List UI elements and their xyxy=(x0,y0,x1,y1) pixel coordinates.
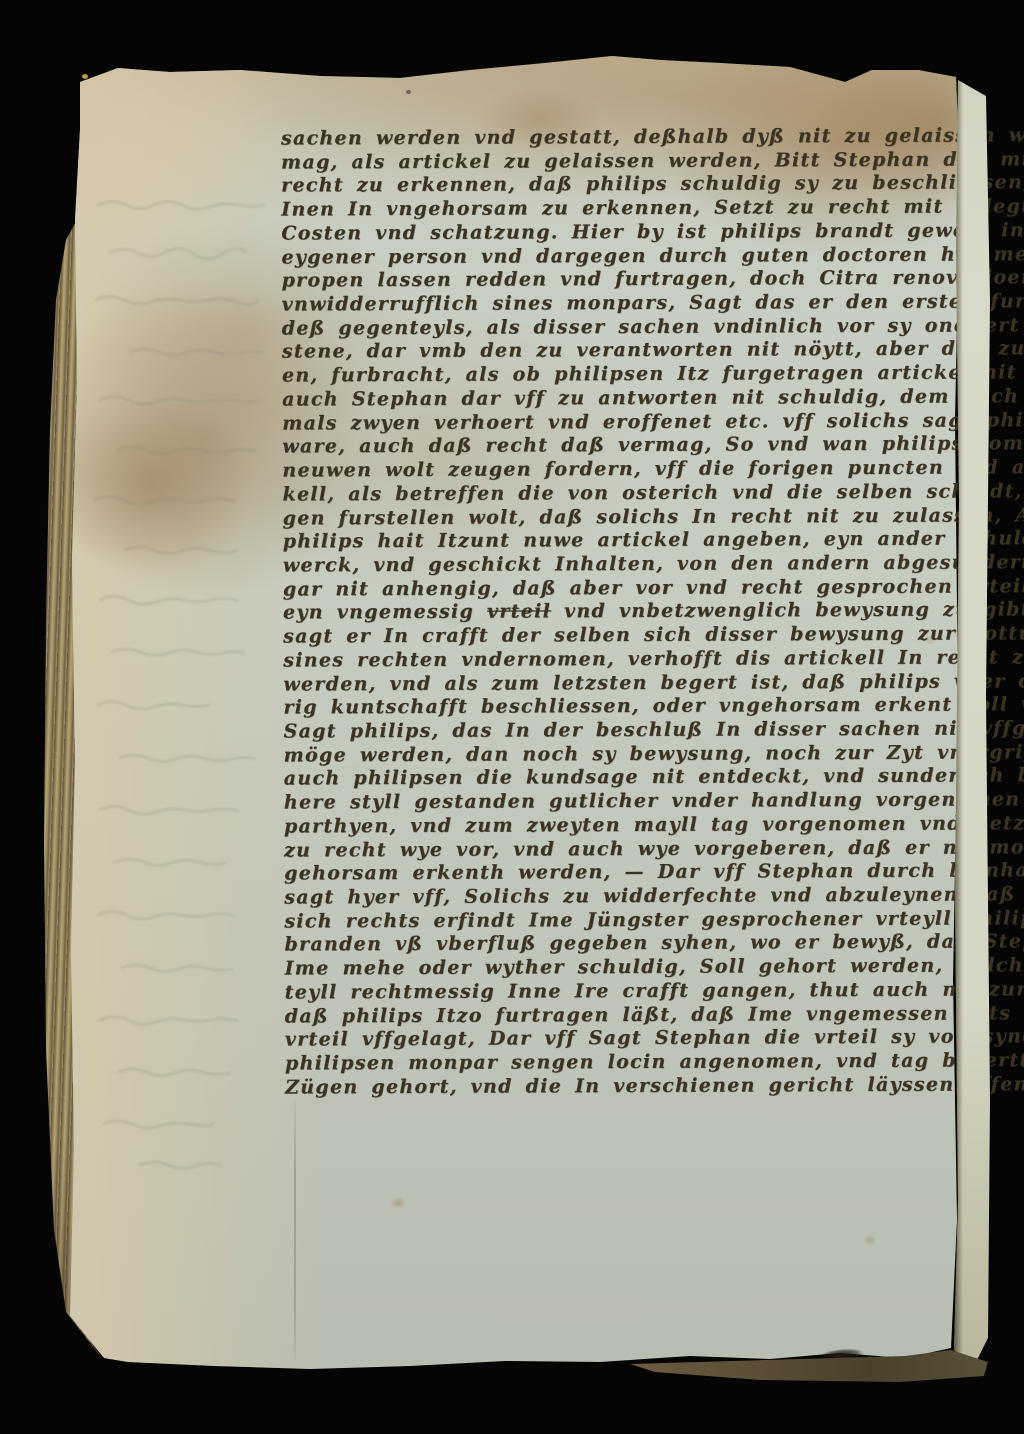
manuscript-line: sachen werden vnd gestatt, deßhalb dyß n… xyxy=(281,125,959,152)
manuscript-line: philips hait Itzunt nuwe artickel angebe… xyxy=(283,528,961,555)
manuscript-line: gen furstellen wolt, daß solichs In rech… xyxy=(283,504,961,531)
manuscript-line: gar nit anhengig, daß aber vor vnd recht… xyxy=(283,575,961,602)
manuscript-line: gehorsam erkenth werden, — Dar vff Steph… xyxy=(284,860,962,887)
manuscript-line: ware, auch daß recht daß vermag, So vnd … xyxy=(282,433,960,460)
manuscript-line: parthyen, vnd zum zweyten mayll tag vorg… xyxy=(284,812,962,839)
manuscript-line: mag, als artickel zu gelaissen werden, B… xyxy=(281,148,959,175)
manuscript-line: deß gegenteyls, als disser sachen vndinl… xyxy=(282,314,960,341)
corner-speck xyxy=(82,74,88,79)
manuscript-line: en, furbracht, als ob philipsen Itz furg… xyxy=(282,362,960,389)
manuscript-line: möge werden, dan noch sy bewysung, noch … xyxy=(284,741,962,768)
manuscript-line: daß philips Itzo furtragen läßt, daß Ime… xyxy=(285,1002,963,1029)
manuscript-line: sagt hyer vff, Solichs zu widderfechte v… xyxy=(284,884,962,911)
manuscript-line: werck, vnd geschickt Inhalten, von den a… xyxy=(283,551,961,578)
manuscript-line: Ime mehe oder wyther schuldig, Soll geho… xyxy=(285,955,963,982)
manuscript-line: here styll gestanden gutlicher vnder han… xyxy=(284,789,962,816)
manuscript-line: vrteil vffgelagt, Dar vff Sagt Stephan d… xyxy=(285,1026,963,1053)
manuscript-line: Costen vnd schatzung. Hier by ist philip… xyxy=(281,219,959,246)
manuscript-line: stene, dar vmb den zu verantworten nit n… xyxy=(282,338,960,365)
paper-crease xyxy=(294,1098,296,1360)
edge-speck xyxy=(406,90,411,94)
manuscript-line: sich rechts erfindt Ime Jüngster gesproc… xyxy=(284,907,962,934)
manuscript-line: sagt er In crafft der selben sich disser… xyxy=(283,623,961,650)
manuscript-line: Sagt philips, das In der beschluß In dis… xyxy=(283,717,961,744)
manuscript-line: neuwen wolt zeugen fordern, vff die fori… xyxy=(282,457,960,484)
manuscript-line: Inen In vngehorsam zu erkennen, Setzt zu… xyxy=(281,196,959,223)
manuscript-line: vnwidderrufflich sines monpars, Sagt das… xyxy=(282,291,960,318)
manuscript-line: werden, vnd als zum letzsten begert ist,… xyxy=(283,670,961,697)
manuscript-line: auch philipsen die kundsage nit entdeckt… xyxy=(284,765,962,792)
text-block: sachen werden vnd gestatt, deßhalb dyß n… xyxy=(281,125,963,1100)
manuscript-line: propen lassen redden vnd furtragen, doch… xyxy=(282,267,960,294)
manuscript-line: rig kuntschafft beschliessen, oder vngeh… xyxy=(283,694,961,721)
manuscript-line: branden vß vberfluß gegeben syhen, wo er… xyxy=(284,931,962,958)
manuscript-line: philipsen monpar sengen locin angenomen,… xyxy=(285,1050,963,1077)
manuscript-line: eyn vngemessig vrteil vnd vnbetzwenglich… xyxy=(283,599,961,626)
manuscript-line: zu recht wye vor, vnd auch wye vorgebere… xyxy=(284,836,962,863)
manuscript-line: recht zu erkennen, daß philips schuldig … xyxy=(281,172,959,199)
manuscript-line: Zügen gehort, vnd die In verschienen ger… xyxy=(285,1073,963,1100)
manuscript-line: mals zwyen verhoert vnd eroffenet etc. v… xyxy=(282,409,960,436)
manuscript-line: sines rechten vndernomen, verhofft dis a… xyxy=(283,646,961,673)
photo-stage: sachen werden vnd gestatt, deßhalb dyß n… xyxy=(0,0,1024,1434)
manuscript-line: auch Stephan dar vff zu antworten nit sc… xyxy=(282,385,960,412)
manuscript-line: kell, als betreffen die von osterich vnd… xyxy=(282,480,960,507)
manuscript-line: eygener person vnd dargegen durch guten … xyxy=(281,243,959,270)
manuscript-line: teyll rechtmessig Inne Ire crafft gangen… xyxy=(285,978,963,1005)
